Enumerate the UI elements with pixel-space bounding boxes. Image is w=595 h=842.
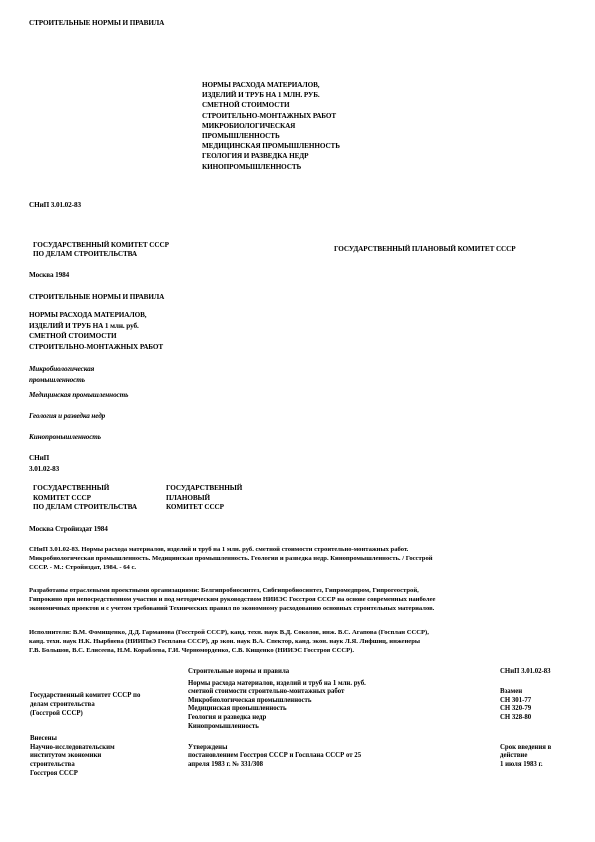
introduced-line: институтом экономики: [30, 752, 188, 761]
section-cinema: Кинопромышленность: [29, 433, 101, 442]
second-title-block: НОРМЫ РАСХОДА МАТЕРИАЛОВ, ИЗДЕЛИЙ И ТРУБ…: [29, 310, 163, 352]
code-line: 3.01.02-83: [29, 464, 59, 475]
title-line: НОРМЫ РАСХОДА МАТЕРИАЛОВ,: [202, 80, 340, 90]
spec-cell-replaces: Взамен СН 301-77 СН 320-79 СН 328-80: [500, 680, 575, 732]
agency-left: ГОСУДАРСТВЕННЫЙ КОМИТЕТ СССР ПО ДЕЛАМ СТ…: [33, 241, 169, 259]
agency-left-line: ПО ДЕЛАМ СТРОИТЕЛЬСТВА: [33, 250, 169, 259]
spec-title-line: Нормы расхода материалов, изделий и труб…: [188, 680, 500, 689]
authors-paragraph: Исполнители: В.М. Фомищенко, Д.Д. Гарман…: [29, 628, 589, 656]
spec-cell-agency-name: Государственный комитет СССР по делам ст…: [30, 680, 188, 732]
spec-cell-agency: [30, 668, 188, 680]
paragraph-line: Исполнители: В.М. Фомищенко, Д.Д. Гарман…: [29, 628, 589, 637]
agency-col-left: ГОСУДАРСТВЕННЫЙ КОМИТЕТ СССР ПО ДЕЛАМ СТ…: [33, 484, 137, 513]
spec-title-line: Геология и разведка недр: [188, 714, 500, 723]
publisher: Москва Стройиздат 1984: [29, 525, 108, 534]
paragraph-line: канд. техн. наук Н.К. Нырбяева (НИИПиЭ Г…: [29, 637, 589, 646]
title-line: СМЕТНОЙ СТОИМОСТИ: [202, 100, 340, 110]
second-code: СНиП 3.01.02-83: [29, 453, 59, 474]
replaces-label: Взамен: [500, 688, 575, 697]
introduced-line: строительства: [30, 761, 188, 770]
spec-cell-effective: Срок введения в действие 1 июля 1983 г.: [500, 731, 575, 778]
agency-col-line: ПО ДЕЛАМ СТРОИТЕЛЬСТВА: [33, 503, 137, 513]
agency-col-line: КОМИТЕТ СССР: [166, 503, 242, 513]
replaced-code: СН 301-77: [500, 697, 575, 706]
spec-cell-heading: Строительные нормы и правила: [188, 668, 500, 680]
approved-line: постановлением Госстроя СССР и Госплана …: [188, 752, 500, 761]
introduced-line: Научно-исследовательским: [30, 744, 188, 753]
title-line: МЕДИЦИНСКАЯ ПРОМЫШЛЕННОСТЬ: [202, 141, 340, 151]
agency-right: ГОСУДАРСТВЕННЫЙ ПЛАНОВЫЙ КОМИТЕТ СССР: [334, 245, 516, 254]
agency-col-line: КОМИТЕТ СССР: [33, 494, 137, 504]
second-title-line: ИЗДЕЛИЙ И ТРУБ НА 1 млн. руб.: [29, 321, 163, 332]
approved-line: Утверждены: [188, 744, 500, 753]
paragraph-line: экономичных проектов и с учетом требован…: [29, 604, 589, 613]
second-title-heading: СТРОИТЕЛЬНЫЕ НОРМЫ И ПРАВИЛА: [29, 293, 164, 302]
agency-left-line: ГОСУДАРСТВЕННЫЙ КОМИТЕТ СССР: [33, 241, 169, 250]
section-line: промышленность: [29, 375, 94, 386]
effective-line: 1 июля 1983 г.: [500, 761, 575, 770]
spec-title-line: Медицинская промышленность: [188, 705, 500, 714]
section-medical: Медицинская промышленность: [29, 391, 128, 400]
second-title-line: СТРОИТЕЛЬНО-МОНТАЖНЫХ РАБОТ: [29, 342, 163, 353]
spec-title-line: сметной стоимости строительно-монтажных …: [188, 688, 500, 697]
second-title-line: НОРМЫ РАСХОДА МАТЕРИАЛОВ,: [29, 310, 163, 321]
title-block: НОРМЫ РАСХОДА МАТЕРИАЛОВ, ИЗДЕЛИЙ И ТРУБ…: [202, 80, 340, 172]
paragraph-line: СССР. - М.: Стройиздат, 1984. - 64 с.: [29, 563, 589, 572]
spec-cell-code: СНиП 3.01.02-83: [500, 668, 575, 680]
title-line: КИНОПРОМЫШЛЕННОСТЬ: [202, 162, 340, 172]
introduced-line: Внесены: [30, 735, 188, 744]
replaced-code: СН 320-79: [500, 705, 575, 714]
title-line: СТРОИТЕЛЬНО-МОНТАЖНЫХ РАБОТ: [202, 111, 340, 121]
agency-col-line: ГОСУДАРСТВЕННЫЙ: [33, 484, 137, 494]
replaced-code: СН 328-80: [500, 714, 575, 723]
title-line: ПРОМЫШЛЕННОСТЬ: [202, 131, 340, 141]
spec-cell-titles: Нормы расхода материалов, изделий и труб…: [188, 680, 500, 732]
document-code: СНиП 3.01.02-83: [29, 201, 81, 210]
paragraph-line: Микробиологическая промышленность. Медиц…: [29, 554, 589, 563]
developed-by-paragraph: Разработаны отраслевыми проектными орган…: [29, 586, 589, 614]
spec-cell-introduced: Внесены Научно-исследовательским институ…: [30, 731, 188, 778]
title-line: ГЕОЛОГИЯ И РАЗВЕДКА НЕДР: [202, 151, 340, 161]
section-geology: Геология и разведка недр: [29, 412, 105, 421]
introduced-line: Госстроя СССР: [30, 770, 188, 779]
spec-table: Строительные нормы и правила СНиП 3.01.0…: [30, 668, 575, 778]
agency-line: делам строительства: [30, 701, 188, 710]
approved-line: апреля 1983 г. № 331/308: [188, 761, 500, 770]
spec-row-titles: Государственный комитет СССР по делам ст…: [30, 680, 575, 732]
code-line: СНиП: [29, 453, 59, 464]
paragraph-line: Г.В. Большов, В.С. Елисеева, Н.М. Корабл…: [29, 646, 589, 655]
effective-line: действие: [500, 752, 575, 761]
agency-col-line: ГОСУДАРСТВЕННЫЙ: [166, 484, 242, 494]
title-line: МИКРОБИОЛОГИЧЕСКАЯ: [202, 121, 340, 131]
effective-line: Срок введения в: [500, 744, 575, 753]
place-year: Москва 1984: [29, 271, 69, 280]
paragraph-line: Разработаны отраслевыми проектными орган…: [29, 586, 589, 595]
paragraph-line: Гипрокино при непосредственном участии и…: [29, 595, 589, 604]
spec-row-header: Строительные нормы и правила СНиП 3.01.0…: [30, 668, 575, 680]
agency-line: Государственный комитет СССР по: [30, 692, 188, 701]
citation-paragraph: СНиП 3.01.02-83. Нормы расхода материало…: [29, 545, 589, 573]
spec-cell-approved: Утверждены постановлением Госстроя СССР …: [188, 731, 500, 778]
section-line: Микробиологическая: [29, 364, 94, 375]
spec-title-line: Кинопромышленность: [188, 723, 500, 732]
agency-col-right: ГОСУДАРСТВЕННЫЙ ПЛАНОВЫЙ КОМИТЕТ СССР: [166, 484, 242, 513]
agency-line: (Госстрой СССР): [30, 710, 188, 719]
spec-row-approval: Внесены Научно-исследовательским институ…: [30, 731, 575, 778]
paragraph-line: СНиП 3.01.02-83. Нормы расхода материало…: [29, 545, 589, 554]
spec-title-line: Микробиологическая промышленность: [188, 697, 500, 706]
agency-col-line: ПЛАНОВЫЙ: [166, 494, 242, 504]
second-title-line: СМЕТНОЙ СТОИМОСТИ: [29, 331, 163, 342]
title-line: ИЗДЕЛИЙ И ТРУБ НА 1 МЛН. РУБ.: [202, 90, 340, 100]
running-title: СТРОИТЕЛЬНЫЕ НОРМЫ И ПРАВИЛА: [29, 19, 164, 28]
section-microbiology: Микробиологическая промышленность: [29, 364, 94, 385]
